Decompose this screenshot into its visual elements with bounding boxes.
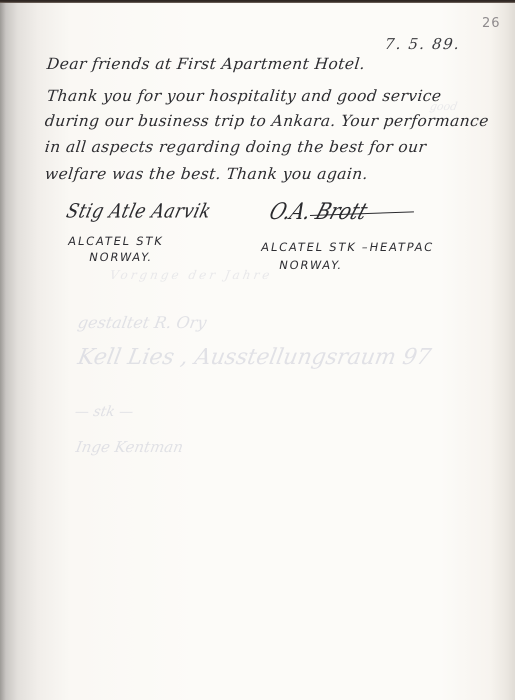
signature-wrapper: O.A. Brott — [266, 203, 416, 231]
bleed-through-text: Vorgnge der Jahre — [109, 268, 274, 282]
bleed-through-text: gestaltet R. Ory — [76, 313, 208, 332]
salutation: Dear friends at First Apartment Hotel. — [46, 55, 366, 73]
page-number: 26 — [482, 16, 501, 31]
bleed-through-text: Inge Kentman — [74, 438, 184, 456]
message-line: welfare was the best. Thank you again. — [44, 165, 369, 183]
guestbook-page: 26 good Vorgnge der Jahre gestaltet R. O… — [0, 0, 515, 700]
message-line: in all aspects regarding doing the best … — [44, 138, 427, 156]
signature: O.A. Brott — [266, 199, 371, 225]
bleed-through-text: — stk — — [74, 404, 135, 420]
country-label: NORWAY. — [278, 258, 344, 272]
page-top-edge — [0, 0, 515, 3]
message-line: during our business trip to Ankara. Your… — [44, 112, 490, 130]
entry-date: 7. 5. 89. — [384, 35, 461, 53]
bleed-through-text: Kell Lies , Ausstellungsraum 97 — [76, 345, 433, 370]
country-label: NORWAY. — [88, 250, 154, 264]
organization-label: ALCATEL STK — [67, 234, 165, 248]
signature: Stig Atle Aarvik — [64, 200, 214, 223]
organization-label: ALCATEL STK –HEATPAC — [260, 240, 435, 254]
message-line: Thank you for your hospitality and good … — [46, 87, 442, 105]
